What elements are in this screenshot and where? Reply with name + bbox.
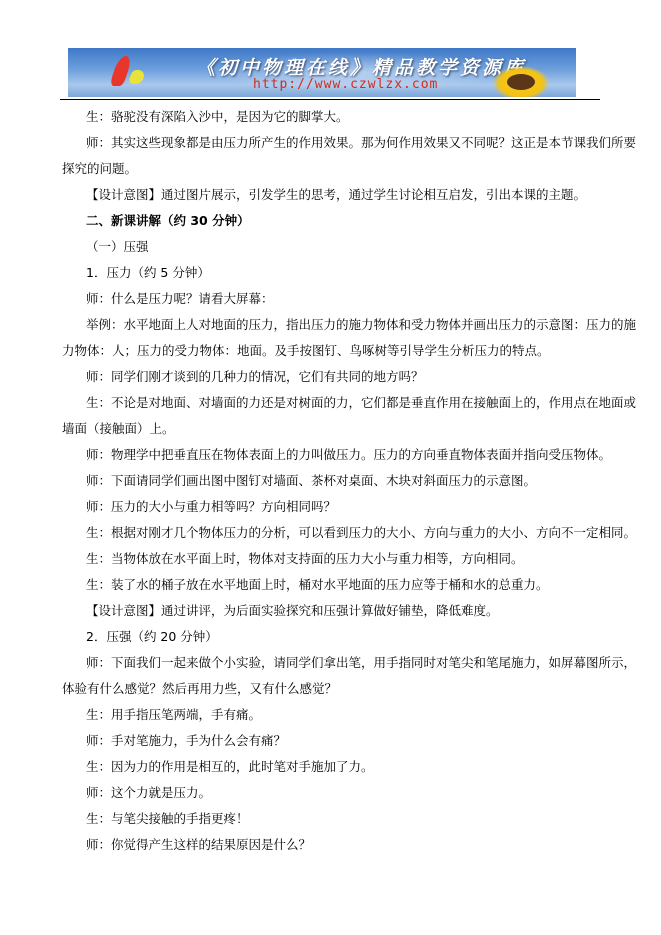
paragraph-line: 师：你觉得产生这样的结果原因是什么？	[62, 832, 600, 858]
paragraph-line: 师：压力的大小与重力相等吗？方向相同吗？	[62, 494, 600, 520]
logo-accent-icon	[127, 70, 147, 84]
header-banner: 《初中物理在线》精品教学资源库 http://www.czwlzx.com	[68, 48, 576, 97]
paragraph-line: 师：什么是压力呢？请看大屏幕：	[62, 286, 600, 312]
paragraph-line: 体验有什么感觉？然后再用力些，又有什么感觉？	[62, 676, 600, 702]
paragraph-line: 墙面（接触面）上。	[62, 416, 600, 442]
paragraph-line: 【设计意图】通过图片展示，引发学生的思考，通过学生讨论相互启发，引出本课的主题。	[62, 182, 600, 208]
sunflower-disk	[507, 74, 535, 90]
paragraph-line: 师：这个力就是压力。	[62, 780, 600, 806]
paragraph-line: 1．压力（约 5 分钟）	[62, 260, 600, 286]
paragraph-line: 生：当物体放在水平面上时，物体对支持面的压力大小与重力相等，方向相同。	[62, 546, 600, 572]
paragraph-line: 生：与笔尖接触的手指更疼！	[62, 806, 600, 832]
banner-url: http://www.czwlzx.com	[253, 77, 438, 92]
banner-title: 《初中物理在线》精品教学资源库	[196, 53, 526, 80]
paragraph-line: 师：手对笔施力，手为什么会有痛？	[62, 728, 600, 754]
paragraph-line: 【设计意图】通过讲评，为后面实验探究和压强计算做好铺垫，降低难度。	[62, 598, 600, 624]
paragraph-line: 师：下面请同学们画出图中图钉对墙面、茶杯对桌面、木块对斜面压力的示意图。	[62, 468, 600, 494]
sunflower-image	[493, 66, 549, 97]
paragraph-line: 生：根据对刚才几个物体压力的分析，可以看到压力的大小、方向与重力的大小、方向不一…	[62, 520, 600, 546]
paragraph-line: （一）压强	[62, 234, 600, 260]
paragraph-line: 生：装了水的桶子放在水平地面上时，桶对水平地面的压力应等于桶和水的总重力。	[62, 572, 600, 598]
paragraph-line: 探究的问题。	[62, 156, 600, 182]
paragraph-line: 生：不论是对地面、对墙面的力还是对树面的力，它们都是垂直作用在接触面上的，作用点…	[62, 390, 600, 416]
paragraph-line: 2．压强（约 20 分钟）	[62, 624, 600, 650]
section-heading: 二、新课讲解（约 30 分钟）	[62, 208, 600, 234]
paragraph-line: 师：同学们刚才谈到的几种力的情况，它们有共同的地方吗？	[62, 364, 600, 390]
paragraph-line: 举例：水平地面上人对地面的压力，指出压力的施力物体和受力物体并画出压力的示意图：…	[62, 312, 600, 338]
paragraph-line: 师：下面我们一起来做个小实验，请同学们拿出笔，用手指同时对笔尖和笔尾施力，如屏幕…	[62, 650, 600, 676]
paragraph-line: 生：用手指压笔两端，手有痛。	[62, 702, 600, 728]
paragraph-line: 师：其实这些现象都是由压力所产生的作用效果。那为何作用效果又不同呢？这正是本节课…	[62, 130, 600, 156]
paragraph-line: 力物体：人；压力的受力物体：地面。及手按图钉、鸟啄树等引导学生分析压力的特点。	[62, 338, 600, 364]
header-rule	[60, 99, 600, 100]
document-body: 生：骆驼没有深陷入沙中，是因为它的脚掌大。师：其实这些现象都是由压力所产生的作用…	[62, 104, 600, 858]
paragraph-line: 生：骆驼没有深陷入沙中，是因为它的脚掌大。	[62, 104, 600, 130]
paragraph-line: 生：因为力的作用是相互的，此时笔对手施加了力。	[62, 754, 600, 780]
paragraph-line: 师：物理学中把垂直压在物体表面上的力叫做压力。压力的方向垂直物体表面并指向受压物…	[62, 442, 600, 468]
